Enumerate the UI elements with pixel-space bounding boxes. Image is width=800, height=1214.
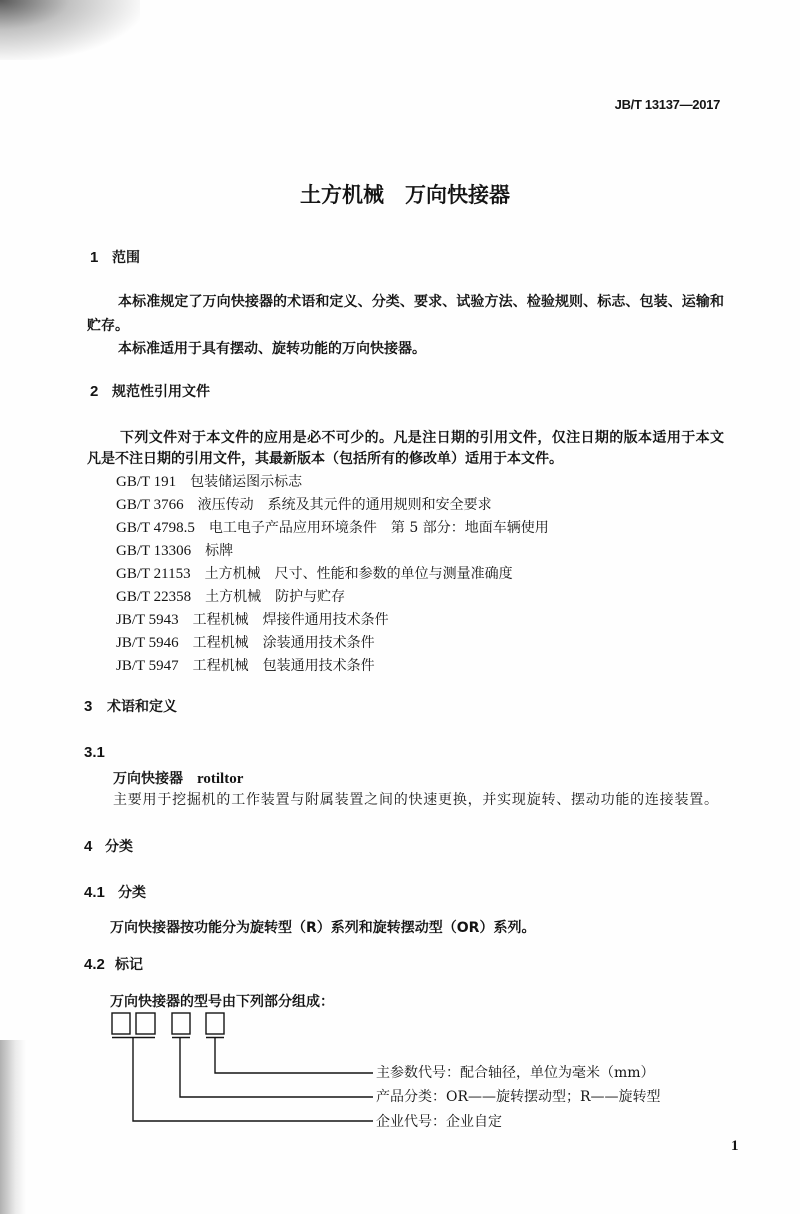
reference-code: GB/T 22358 (116, 589, 191, 605)
section-4-number: 4 (84, 837, 92, 857)
reference-title: 工程机械 焊接件通用技术条件 (193, 612, 389, 628)
section-3-number: 3 (84, 697, 92, 717)
diagram-label-main-parameter: 主参数代号：配合轴径，单位为毫米（mm） (376, 1063, 655, 1083)
reference-code: JB/T 5946 (116, 635, 179, 651)
standard-number: JB/T 13137—2017 (615, 95, 720, 115)
document-title: 土方机械 万向快接器 (300, 182, 510, 208)
designation-box-1 (112, 1013, 130, 1034)
reference-code: GB/T 4798.5 (116, 520, 195, 536)
reference-item: GB/T 191包装储运图示标志 (116, 472, 302, 492)
section-4-2-title: 标记 (115, 955, 143, 975)
designation-box-2 (136, 1013, 155, 1034)
reference-title: 土方机械 防护与贮存 (205, 589, 345, 605)
term-definition: 主要用于挖掘机的工作装置与附属装置之间的快速更换，并实现旋转、摆动功能的连接装置… (113, 790, 718, 810)
reference-item: GB/T 13306标牌 (116, 541, 233, 561)
reference-title: 液压传动 系统及其元件的通用规则和安全要求 (198, 497, 492, 513)
reference-item: GB/T 3766液压传动 系统及其元件的通用规则和安全要求 (116, 495, 492, 515)
reference-code: GB/T 191 (116, 474, 176, 490)
term-english: rotiltor (197, 771, 243, 787)
section-2-intro-line-2: 凡是不注日期的引用文件，其最新版本（包括所有的修改单）适用于本文件。 (87, 449, 563, 469)
diagram-label-company-code: 企业代号：企业自定 (376, 1112, 502, 1132)
diagram-label-product-class: 产品分类：OR——旋转摆动型；R——旋转型 (376, 1087, 661, 1107)
reference-title: 土方机械 尺寸、性能和参数的单位与测量准确度 (205, 566, 513, 582)
section-4-2-number: 4.2 (84, 955, 105, 975)
reference-code: GB/T 3766 (116, 497, 184, 513)
term-number: 3.1 (84, 743, 105, 763)
section-2-title: 规范性引用文件 (112, 382, 210, 402)
section-1-paragraph-1-line-1: 本标准规定了万向快接器的术语和定义、分类、要求、试验方法、检验规则、标志、包装、… (118, 292, 724, 312)
document-page: JB/T 13137—2017 土方机械 万向快接器 1 范围 本标准规定了万向… (0, 0, 800, 1214)
reference-title: 标牌 (205, 543, 233, 559)
section-4-1-title: 分类 (118, 883, 146, 903)
section-4-1-text: 万向快接器按功能分为旋转型（R）系列和旋转摆动型（OR）系列。 (110, 918, 535, 938)
section-4-title: 分类 (105, 837, 133, 857)
section-3-title: 术语和定义 (107, 697, 177, 717)
scan-shadow-top-left (0, 0, 140, 60)
reference-title: 包装储运图示标志 (190, 474, 302, 490)
scan-shadow-left (0, 1040, 26, 1214)
section-1-paragraph-2: 本标准适用于具有摆动、旋转功能的万向快接器。 (118, 339, 426, 359)
section-2-intro-line-1: 下列文件对于本文件的应用是必不可少的。凡是注日期的引用文件，仅注日期的版本适用于… (120, 428, 724, 448)
reference-item: GB/T 22358土方机械 防护与贮存 (116, 587, 345, 607)
page-number: 1 (731, 1136, 739, 1156)
reference-title: 工程机械 包装通用技术条件 (193, 658, 375, 674)
term-heading: 万向快接器rotiltor (113, 768, 243, 789)
reference-code: JB/T 5947 (116, 658, 179, 674)
reference-item: JB/T 5946工程机械 涂装通用技术条件 (116, 633, 375, 653)
reference-item: JB/T 5943工程机械 焊接件通用技术条件 (116, 610, 389, 630)
reference-code: JB/T 5943 (116, 612, 179, 628)
designation-box-3 (172, 1013, 190, 1034)
section-4-1-number: 4.1 (84, 883, 105, 903)
designation-box-4 (206, 1013, 224, 1034)
reference-item: JB/T 5947工程机械 包装通用技术条件 (116, 656, 375, 676)
designation-diagram (100, 1005, 390, 1130)
reference-title: 工程机械 涂装通用技术条件 (193, 635, 375, 651)
reference-item: GB/T 21153土方机械 尺寸、性能和参数的单位与测量准确度 (116, 564, 513, 584)
leader-line-company-code (133, 1038, 373, 1122)
reference-title: 电工电子产品应用环境条件 第 5 部分：地面车辆使用 (209, 520, 549, 536)
section-1-number: 1 (90, 248, 98, 268)
term-chinese: 万向快接器 (113, 771, 183, 787)
reference-code: GB/T 21153 (116, 566, 191, 582)
reference-code: GB/T 13306 (116, 543, 191, 559)
section-1-title: 范围 (112, 248, 140, 268)
leader-line-main-parameter (215, 1038, 373, 1074)
leader-line-product-class (180, 1038, 373, 1098)
section-1-paragraph-1-line-2: 贮存。 (87, 316, 129, 336)
reference-item: GB/T 4798.5电工电子产品应用环境条件 第 5 部分：地面车辆使用 (116, 518, 549, 538)
section-2-number: 2 (90, 382, 98, 402)
